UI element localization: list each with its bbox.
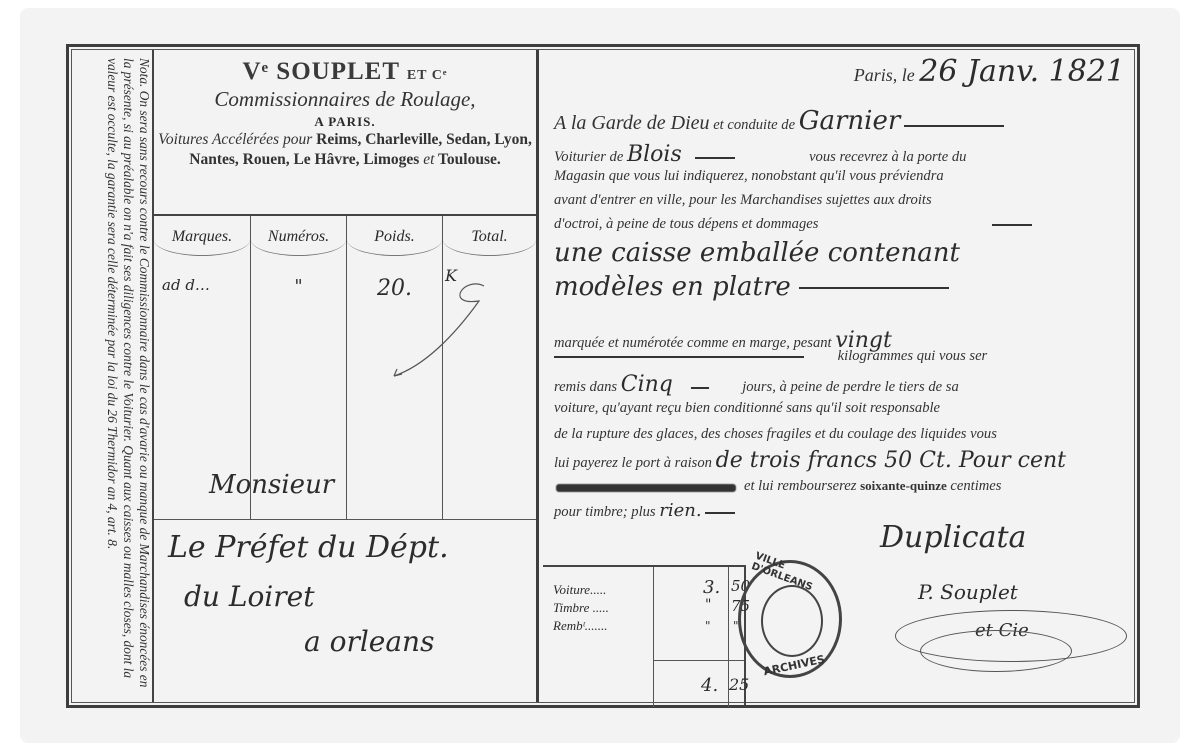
routes-last: Toulouse. <box>438 151 501 168</box>
firm-name: Vᵉ SOUPLET ET Cᵉ <box>154 58 536 86</box>
body-line-5: d'octroi, à peine de tous dépens et domm… <box>554 216 1032 233</box>
nota-text: Nota. On sera sans recours contre le Com… <box>88 58 152 698</box>
rate-handwritten: de trois francs 50 Ct. Pour cent <box>716 448 1066 473</box>
body-line-11: lui payerez le port à raison de trois fr… <box>554 448 1066 473</box>
port-a-raison: lui payerez le port à raison <box>554 455 712 471</box>
body-line-8: remis dans Cinq jours, à peine de perdre… <box>554 372 959 397</box>
rule <box>992 224 1032 226</box>
letterhead-column: Vᵉ SOUPLET ET Cᵉ Commissionnaires de Rou… <box>154 50 539 702</box>
body-line-2-rest: vous recevrez à la porte du <box>809 149 966 165</box>
signature-flourish-icon <box>920 630 1072 672</box>
body-line-7: kilogrammes qui vous ser <box>554 348 987 365</box>
cell-marques: ad d… <box>162 276 258 294</box>
days-handwritten: Cinq <box>621 372 673 397</box>
duplicata-mark: Duplicata <box>880 520 1026 555</box>
firm-role: Commissionnaires de Roulage, <box>154 87 536 112</box>
col-header-marques: Marques. <box>154 216 250 256</box>
carrier-name: Garnier <box>799 106 901 136</box>
routes-intro: Voitures Accélérées pour <box>158 131 312 148</box>
fees-table: Voiture..... Timbre ..... Rembᵗ....... 3… <box>543 565 746 705</box>
col-header-poids: Poids. <box>347 216 442 256</box>
fee-label-voiture: Voiture..... <box>553 581 609 599</box>
body-line-13: pour timbre; plus rien. <box>554 500 735 521</box>
rule <box>904 125 1004 127</box>
cell-numeros: " <box>251 276 346 297</box>
body-line-9: voiture, qu'ayant reçu bien conditionné … <box>554 400 940 417</box>
body-line-8-rest: jours, à peine de perdre le tiers de sa <box>742 379 959 395</box>
conduite-de: et conduite de <box>713 117 795 133</box>
col-header-total: Total. <box>443 216 536 256</box>
fee-voiture-francs: 3. <box>703 577 720 598</box>
fee-remb-francs: " <box>705 619 711 633</box>
kilogrammes: kilogrammes qui vous ser <box>838 348 988 364</box>
goods-description-2: modèles en platre <box>554 272 949 302</box>
routes-and: et <box>423 151 434 168</box>
firm-name-text: Vᵉ SOUPLET <box>243 58 400 85</box>
fee-label-remb: Rembᵗ....... <box>553 617 609 635</box>
fee-total-divider <box>653 660 744 661</box>
address-line-1: Le Préfet du Dépt. <box>168 530 449 565</box>
body-line-1: A la Garde de Dieu et conduite de Garnie… <box>554 106 1004 136</box>
address-line-3: a orleans <box>304 625 434 658</box>
salutation: Monsieur <box>209 470 334 500</box>
fee-total-francs: 4. <box>701 675 718 696</box>
address-block: Monsieur Le Préfet du Dépt. du Loiret a … <box>154 519 536 702</box>
col-header-numeros: Numéros. <box>251 216 346 256</box>
address-line-2: du Loiret <box>184 580 314 613</box>
centimes: centimes <box>950 478 1001 494</box>
fee-labels: Voiture..... Timbre ..... Rembᵗ....... <box>553 581 609 635</box>
arrow-flourish-icon <box>384 276 494 386</box>
letterhead: Vᵉ SOUPLET ET Cᵉ Commissionnaires de Rou… <box>154 56 536 170</box>
signer-name: P. Souplet <box>918 580 1018 604</box>
extra-handwritten: rien. <box>659 500 701 521</box>
rule <box>695 157 735 159</box>
soixante-quinze: soixante-quinze <box>860 478 947 493</box>
remis-dans: remis dans <box>554 379 617 395</box>
date-handwritten: 26 Janv. 1821 <box>919 54 1125 89</box>
goods-description-1: une caisse emballée contenant <box>554 238 960 268</box>
fee-total-centimes: 25 <box>729 675 749 694</box>
date-prefix: Paris, le <box>854 65 915 85</box>
routes-list: Voitures Accélérées pour Reims, Charlevi… <box>154 130 536 170</box>
firm-city: A PARIS. <box>154 114 536 130</box>
goods-description-2-text: modèles en platre <box>554 272 791 302</box>
redaction-bar <box>556 484 736 492</box>
body-line-3: Magasin que vous lui indiquerez, nonobst… <box>554 168 944 185</box>
body-line-12: et lui rembourserez soixante-quinze cent… <box>744 478 1001 495</box>
date-line: Paris, le 26 Janv. 1821 <box>854 54 1125 89</box>
carrier-town: Blois <box>627 142 682 167</box>
rule <box>799 287 949 289</box>
firm-suffix: ET Cᵉ <box>407 68 448 83</box>
rule <box>691 387 709 389</box>
voiturier-de: Voiturier de <box>554 149 623 165</box>
rule <box>705 512 735 514</box>
rule <box>554 356 804 358</box>
rembourserez: et lui rembourserez <box>744 478 856 494</box>
body-line-2: Voiturier de Blois vous recevrez à la po… <box>554 142 966 167</box>
fee-label-timbre: Timbre ..... <box>553 599 609 617</box>
pour-timbre: pour timbre; plus <box>554 504 656 520</box>
archives-stamp-icon: VILLE D'ORLEANS ARCHIVES <box>738 560 842 678</box>
body-line-4: avant d'entrer en ville, pour les Marcha… <box>554 192 932 209</box>
body-line-10: de la rupture des glaces, des choses fra… <box>554 426 997 443</box>
nota-strip: Nota. On sera sans recours contre le Com… <box>72 50 154 702</box>
stamp-inner-ring <box>761 585 823 657</box>
fee-timbre-francs: " <box>705 597 711 613</box>
garde-de-dieu: A la Garde de Dieu <box>554 112 710 134</box>
body-line-5-text: d'octroi, à peine de tous dépens et domm… <box>554 216 818 232</box>
